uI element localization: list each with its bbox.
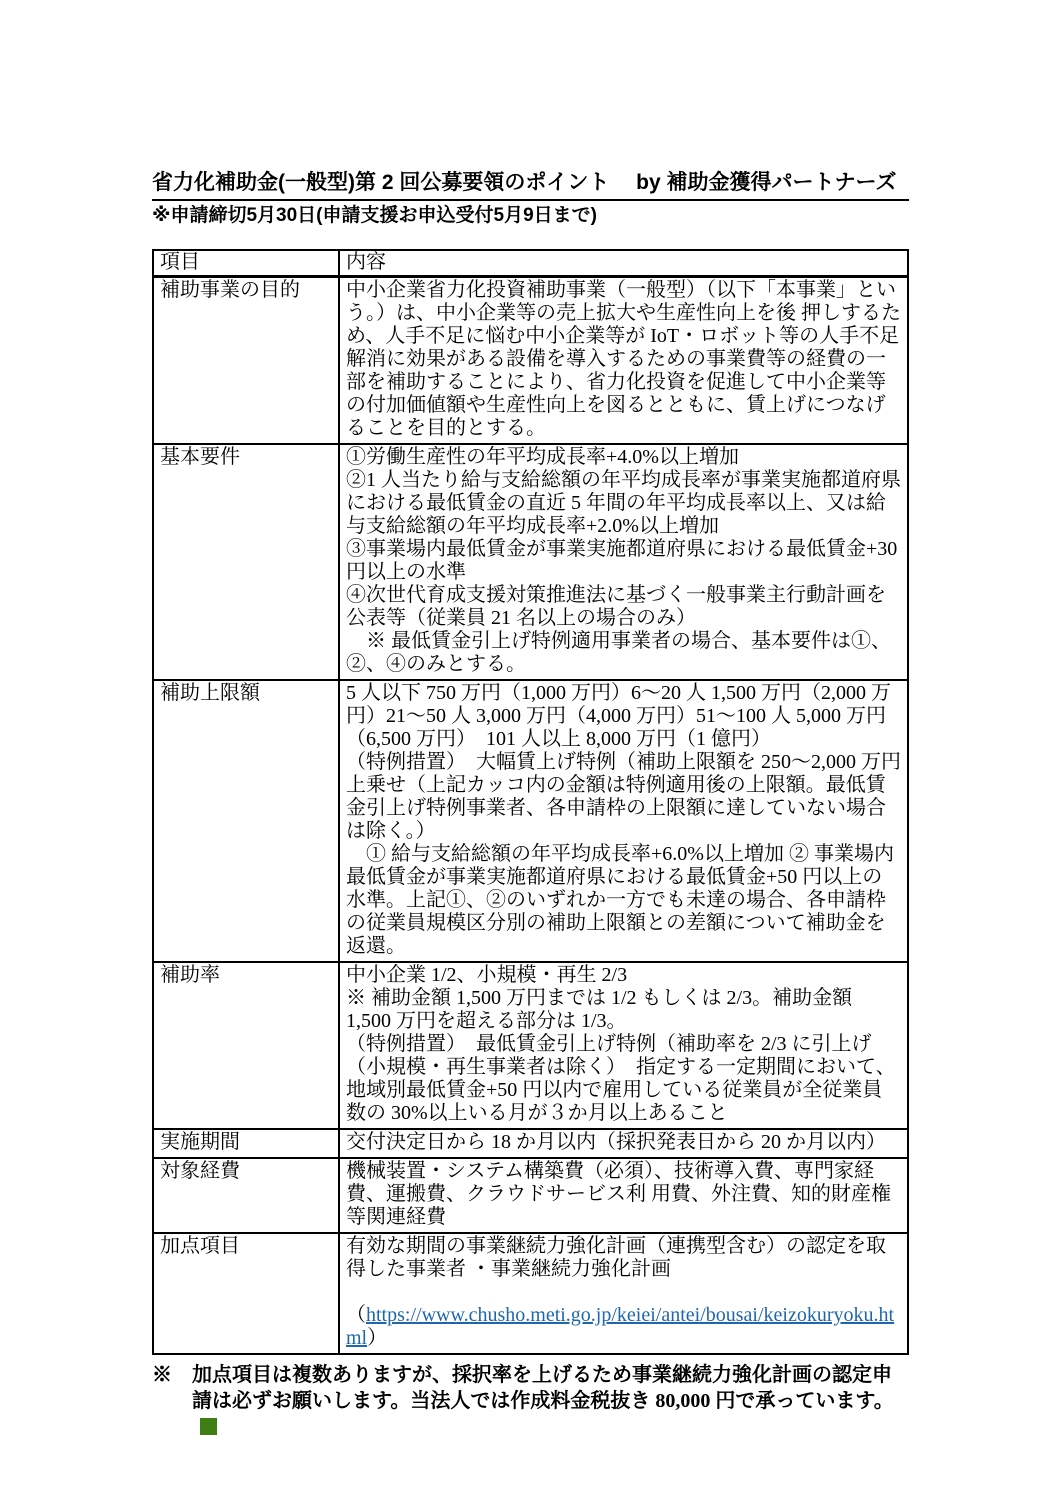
row-label: 補助事業の目的	[153, 277, 339, 445]
row-content: 機械装置・システム構築費（必須）、技術導入費、専門家経費、運搬費、クラウドサービ…	[339, 1158, 908, 1233]
green-square-marker	[200, 1418, 217, 1435]
table-row-basic-requirements: 基本要件 ①労働生産性の年平均成長率+4.0%以上増加 ②1 人当たり給与支給総…	[153, 444, 908, 680]
bonus-points-text-after: ）	[367, 1327, 387, 1349]
table-row-subsidy-cap: 補助上限額 5 人以下 750 万円（1,000 万円）6～20 人 1,500…	[153, 680, 908, 962]
row-label: 実施期間	[153, 1129, 339, 1158]
footnote: ※ 加点項目は複数ありますが、採択率を上げるため事業継続力強化計画の認定申請は必…	[152, 1362, 909, 1440]
row-content: 有効な期間の事業継続力強化計画（連携型含む）の認定を取得した事業者 ・事業継続力…	[339, 1233, 908, 1354]
points-table: 項目 内容 補助事業の目的 中小企業省力化投資補助事業（一般型）（以下「本事業」…	[152, 249, 909, 1355]
row-label: 基本要件	[153, 444, 339, 680]
row-label: 対象経費	[153, 1158, 339, 1233]
header-cell-content: 内容	[339, 250, 908, 277]
footnote-text: ※ 加点項目は複数ありますが、採択率を上げるため事業継続力強化計画の認定申請は必…	[152, 1364, 894, 1412]
table-row-subsidy-rate: 補助率 中小企業 1/2、小規模・再生 2/3 ※ 補助金額 1,500 万円ま…	[153, 962, 908, 1129]
header-cell-item: 項目	[153, 250, 339, 277]
row-content: 中小企業 1/2、小規模・再生 2/3 ※ 補助金額 1,500 万円までは 1…	[339, 962, 908, 1129]
row-content: 交付決定日から 18 か月以内（採択発表日から 20 か月以内）	[339, 1129, 908, 1158]
table-header-row: 項目 内容	[153, 250, 908, 277]
row-label: 加点項目	[153, 1233, 339, 1354]
table-row-eligible-expenses: 対象経費 機械装置・システム構築費（必須）、技術導入費、専門家経費、運搬費、クラ…	[153, 1158, 908, 1233]
keizokuryoku-link[interactable]: https://www.chusho.meti.go.jp/keiei/ante…	[346, 1304, 894, 1349]
row-content: 中小企業省力化投資補助事業（一般型）（以下「本事業」という。）は、中小企業等の売…	[339, 277, 908, 445]
row-label: 補助率	[153, 962, 339, 1129]
row-label: 補助上限額	[153, 680, 339, 962]
table-row-implementation-period: 実施期間 交付決定日から 18 か月以内（採択発表日から 20 か月以内）	[153, 1129, 908, 1158]
row-content: 5 人以下 750 万円（1,000 万円）6～20 人 1,500 万円（2,…	[339, 680, 908, 962]
deadline-note: ※申請締切5月30日(申請支援お申込受付5月9日まで)	[152, 204, 909, 228]
row-content: ①労働生産性の年平均成長率+4.0%以上増加 ②1 人当たり給与支給総額の年平均…	[339, 444, 908, 680]
table-row-bonus-points: 加点項目 有効な期間の事業継続力強化計画（連携型含む）の認定を取得した事業者 ・…	[153, 1233, 908, 1354]
table-row-purpose: 補助事業の目的 中小企業省力化投資補助事業（一般型）（以下「本事業」という。）は…	[153, 277, 908, 445]
document: 省力化補助金(一般型)第 2 回公募要領のポイント by 補助金獲得パートナーズ…	[152, 170, 909, 1440]
page-title: 省力化補助金(一般型)第 2 回公募要領のポイント by 補助金獲得パートナーズ	[152, 170, 909, 201]
